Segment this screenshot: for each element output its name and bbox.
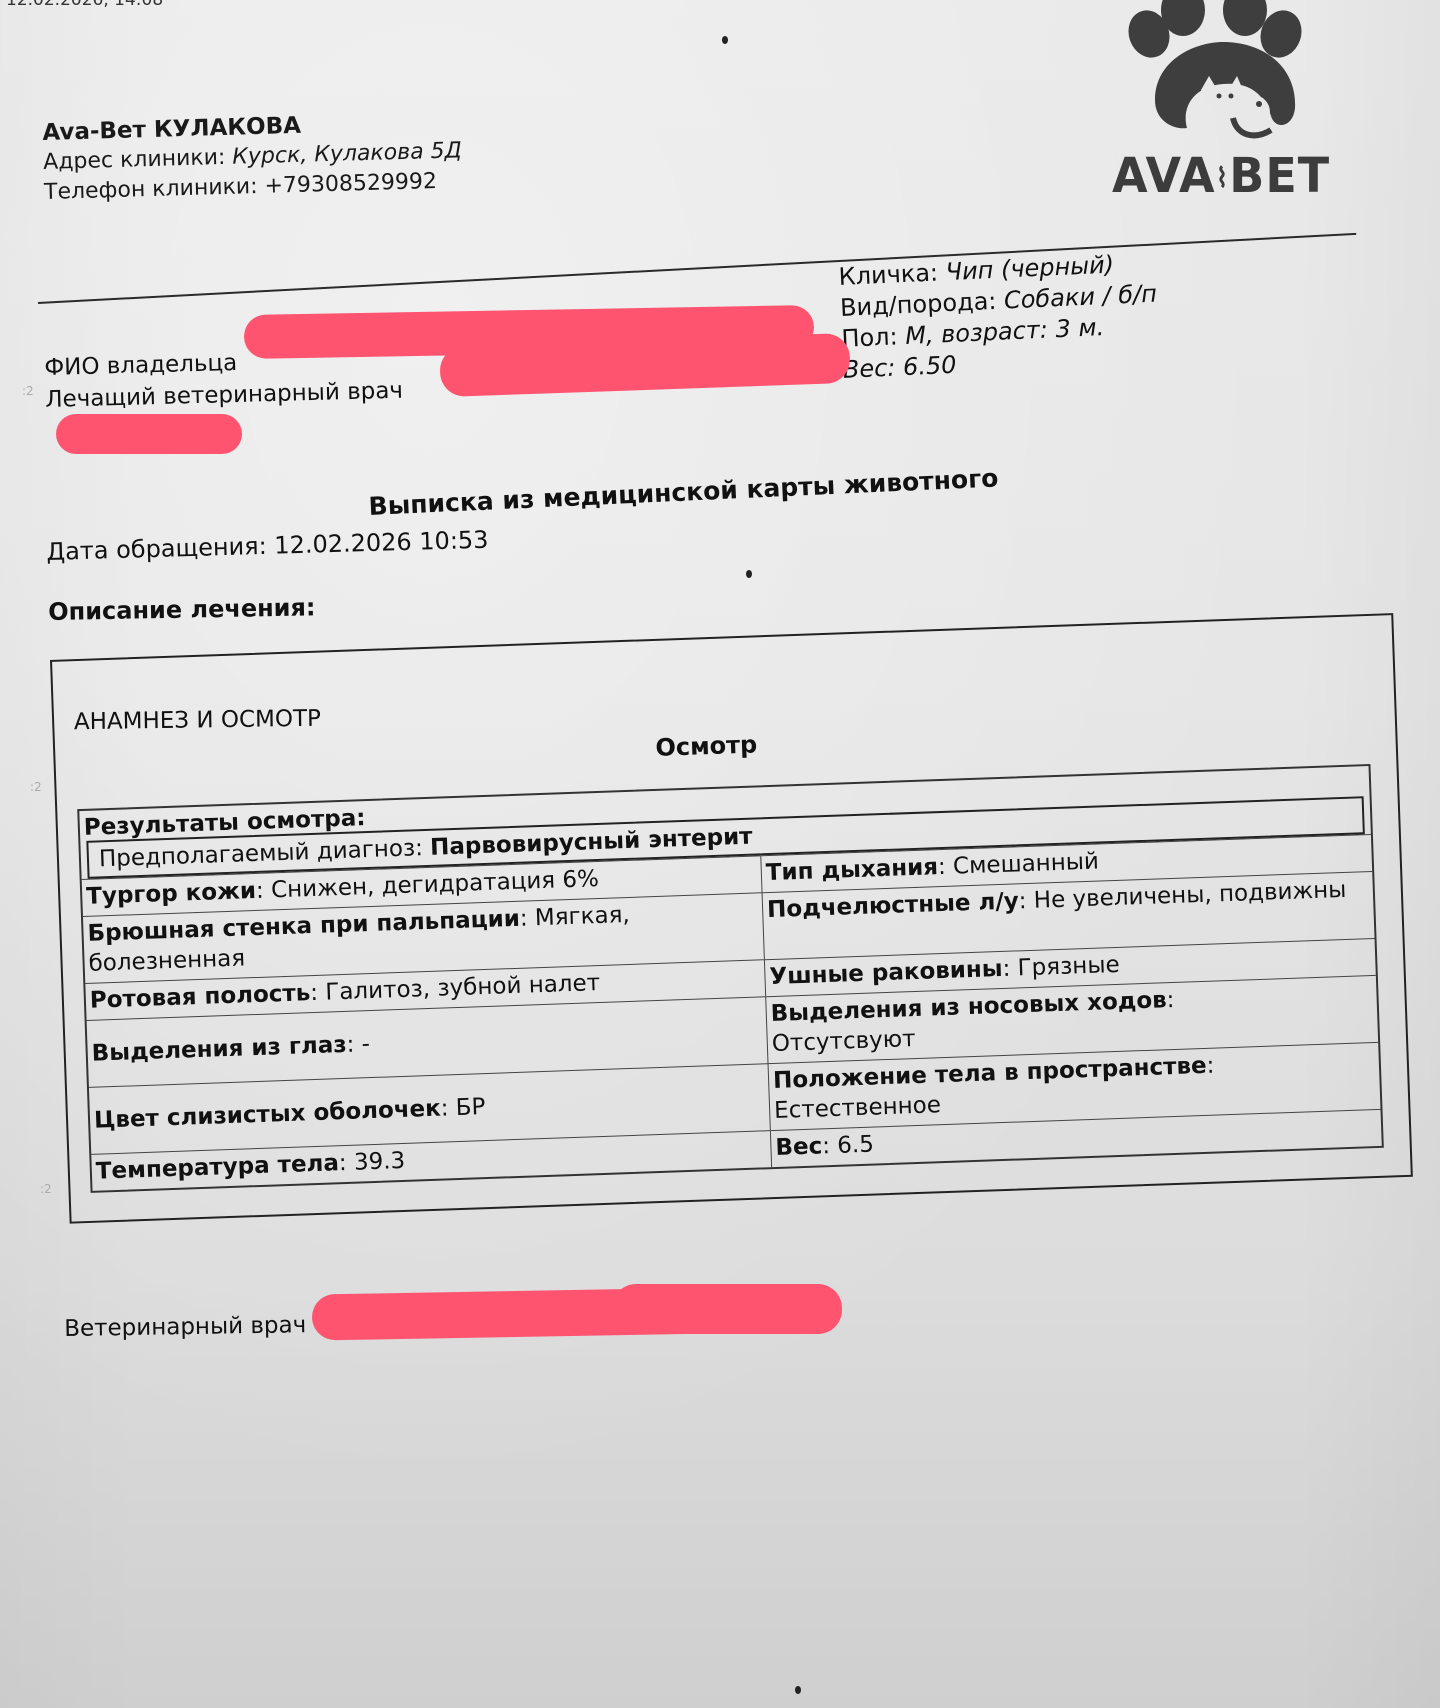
finding-value: Не увеличены, подвижны — [1033, 877, 1346, 914]
finding-value: Галитоз, зубной налет — [325, 970, 601, 1006]
print-timestamp: 12.02.2026, 14:08 — [6, 0, 163, 10]
paper-speck — [722, 36, 728, 44]
exam-findings-grid: Тургор кожи: Снижен, дегидратация 6% Брю… — [82, 834, 1382, 1191]
paper-speck — [795, 1686, 801, 1694]
pet-weight-value: 6.50 — [902, 351, 957, 381]
finding-label: Цвет слизистых оболочек — [94, 1096, 442, 1134]
finding-value: Смешанный — [953, 849, 1100, 880]
clinic-address-value: Курск, Кулакова 5Д — [232, 138, 462, 169]
pet-name-label: Кличка: — [838, 258, 939, 290]
pet-species-value: Собаки / б/п — [1003, 280, 1157, 315]
finding-value: 6.5 — [837, 1132, 874, 1159]
pet-weight-label: Вес: — [842, 354, 896, 384]
clinic-phone-label: Телефон клиники: — [44, 174, 258, 205]
pet-info: Кличка: Чип (черный) Вид/порода: Собаки … — [838, 248, 1160, 386]
finding-label: Выделения из носовых ходов — [770, 987, 1167, 1027]
finding-value: - — [361, 1031, 370, 1057]
redaction-mark — [56, 414, 242, 454]
anamnesis-section-title: АНАМНЕЗ И ОСМОТР — [74, 706, 321, 735]
clinic-phone-value: +79308529992 — [264, 169, 437, 199]
clinic-address-label: Адрес клиники: — [43, 145, 226, 175]
finding-label: Выделения из глаз — [91, 1032, 347, 1067]
finding-value: Снижен, дегидратация 6% — [271, 866, 600, 903]
exam-findings-right-column: Тип дыхания: Смешанный Подчелюстные л/у:… — [761, 834, 1382, 1167]
finding-value: Грязные — [1017, 952, 1120, 982]
finding-label: Вес — [775, 1133, 823, 1161]
finding-label: Ушные раковины — [769, 956, 1003, 990]
logo-wordmark: AVA⌇ВЕТ — [1112, 147, 1330, 204]
vet-signature-line: Ветеринарный врач — [64, 1312, 306, 1342]
vet-signature-label: Ветеринарный врач — [64, 1312, 306, 1342]
pet-age-label: возраст: — [941, 316, 1049, 349]
paper-speck — [746, 570, 752, 578]
diagnosis-label: Предполагаемый диагноз: — [99, 835, 424, 872]
diagnosis-value: Парвовирусный энтерит — [430, 824, 753, 861]
exam-box: АНАМНЕЗ И ОСМОТР Осмотр Результаты осмот… — [50, 613, 1413, 1224]
finding-label: Тургор кожи — [86, 878, 257, 910]
margin-mark: :2 — [22, 384, 34, 398]
finding-label: Подчелюстные л/у — [767, 888, 1019, 923]
finding-value: 39.3 — [354, 1148, 406, 1176]
exam-results-table: Результаты осмотра: Предполагаемый диагн… — [77, 764, 1384, 1193]
logo-text-left: AVA — [1112, 147, 1216, 204]
finding-label: Тип дыхания — [765, 854, 938, 886]
margin-mark: :2 — [40, 1182, 52, 1196]
pet-species-label: Вид/порода: — [839, 287, 997, 322]
redaction-mark — [612, 1284, 842, 1334]
finding-value: Отсутсвуют — [771, 1026, 916, 1057]
finding-label: Температура тела — [95, 1150, 339, 1184]
pet-sex-label: Пол: — [841, 322, 898, 353]
visit-date-value: 12.02.2026 10:53 — [274, 526, 489, 560]
exam-subtitle: Осмотр — [655, 730, 758, 762]
heartbeat-icon: ⌇ — [1216, 163, 1230, 195]
treatment-description-heading: Описание лечения: — [48, 593, 316, 626]
clinic-header: Ava-Вет КУЛАКОВА Адрес клиники: Курск, К… — [42, 106, 463, 208]
finding-value: БР — [455, 1094, 486, 1121]
pet-age-value: 3 м. — [1055, 313, 1105, 343]
finding-value: Естественное — [774, 1092, 942, 1124]
exam-findings-left-column: Тургор кожи: Снижен, дегидратация 6% Брю… — [82, 855, 772, 1191]
logo-text-right: ВЕТ — [1229, 147, 1330, 204]
margin-mark: :2 — [30, 780, 42, 794]
finding-label: Ротовая полость — [89, 980, 310, 1014]
pet-sex-value: М, — [905, 321, 935, 350]
